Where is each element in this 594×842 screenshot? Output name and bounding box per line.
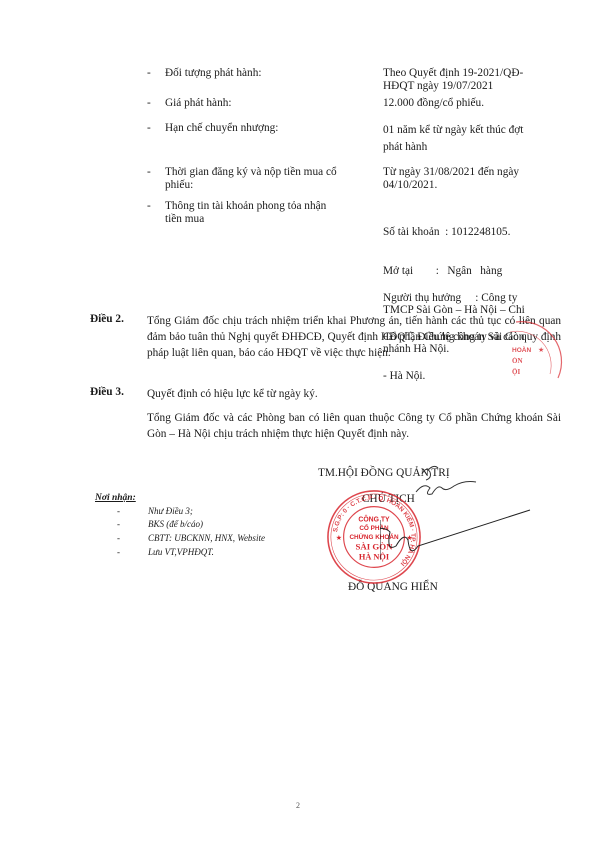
svg-text:ỘI: ỘI bbox=[512, 368, 520, 376]
bullet-dash: - bbox=[117, 547, 120, 557]
recipient-item: BKS (để b/cáo) bbox=[148, 519, 203, 529]
svg-text:★: ★ bbox=[538, 346, 544, 354]
detail-value-registration-time: Từ ngày 31/08/2021 đến ngày 04/10/2021. bbox=[383, 166, 563, 192]
recipient-item: Lưu VT,VPHĐQT. bbox=[148, 547, 214, 557]
partial-stamp-icon: HOÀN ★ ÒN ỘI bbox=[508, 318, 568, 388]
article-3-label: Điều 3. bbox=[90, 386, 124, 398]
bullet-dash: - bbox=[117, 519, 120, 529]
recipient-item: CBTT: UBCKNN, HNX, Website bbox=[148, 533, 265, 543]
bullet-dash: - bbox=[117, 533, 120, 543]
bullet-dash: - bbox=[147, 200, 151, 212]
detail-label-account-info: Thông tin tài khoản phong tỏa nhận tiền … bbox=[165, 200, 326, 226]
svg-text:★: ★ bbox=[336, 534, 342, 542]
svg-text:ÒN: ÒN bbox=[512, 357, 523, 365]
bullet-dash: - bbox=[147, 122, 151, 134]
bullet-dash: - bbox=[117, 506, 120, 516]
detail-value-price: 12.000 đồng/cổ phiếu. bbox=[383, 97, 563, 110]
article-3-text-2: Tổng Giám đốc và các Phòng ban có liên q… bbox=[147, 410, 561, 442]
recipients-title: Nơi nhận: bbox=[95, 493, 136, 503]
recipient-item: Như Điều 3; bbox=[148, 506, 193, 516]
article-2-label: Điều 2. bbox=[90, 313, 124, 325]
page-number: 2 bbox=[296, 801, 300, 810]
svg-text:HOÀN: HOÀN bbox=[512, 345, 531, 354]
handwritten-signature-icon bbox=[380, 460, 580, 580]
detail-value-target: Theo Quyết định 19-2021/QĐ- HĐQT ngày 19… bbox=[383, 67, 563, 93]
bullet-dash: - bbox=[147, 97, 151, 109]
detail-value-restriction: 01 năm kể từ ngày kết thúc đợt phát hành bbox=[383, 122, 563, 156]
detail-label-target: Đối tượng phát hành: bbox=[165, 67, 262, 80]
article-3-text: Quyết định có hiệu lực kể từ ngày ký. bbox=[147, 386, 561, 402]
detail-label-registration-time: Thời gian đăng ký và nộp tiền mua cổ phi… bbox=[165, 166, 337, 192]
detail-label-price: Giá phát hành: bbox=[165, 97, 232, 110]
article-2-text: Tổng Giám đốc chịu trách nhiệm triển kha… bbox=[147, 313, 561, 361]
bullet-dash: - bbox=[147, 67, 151, 79]
bullet-dash: - bbox=[147, 166, 151, 178]
detail-label-restriction: Hạn chế chuyển nhượng: bbox=[165, 122, 278, 135]
